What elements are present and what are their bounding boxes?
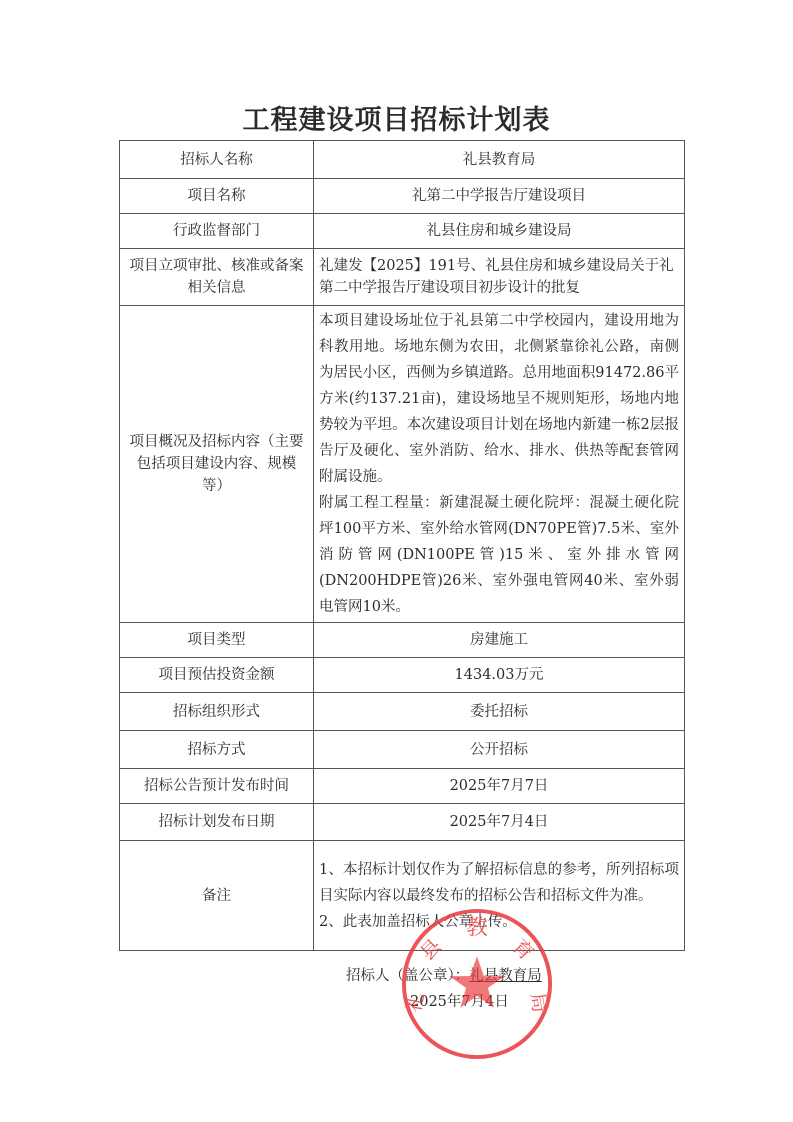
table-row: 行政监督部门 礼县住房和城乡建设局 [120,214,685,249]
table-row: 项目立项审批、核准或备案相关信息 礼建发【2025】191号、礼县住房和城乡建设… [120,249,685,306]
signature-line: 招标人（盖公章）：礼县教育局 [346,964,542,985]
table-row: 备注 1、本招标计划仅作为了解招标信息的参考，所列招标项目实际内容以最终发布的招… [120,841,685,951]
remark-paragraph: 1、本招标计划仅作为了解招标信息的参考，所列招标项目实际内容以最终发布的招标公告… [319,857,679,909]
row-label: 招标公告预计发布时间 [120,769,314,804]
row-label: 项目类型 [120,623,314,658]
table-row: 招标组织形式 委托招标 [120,693,685,731]
row-value: 委托招标 [314,693,685,731]
row-value: 礼县住房和城乡建设局 [314,214,685,249]
table-row: 项目预估投资金额 1434.03万元 [120,658,685,693]
row-label: 招标组织形式 [120,693,314,731]
table-row: 招标人名称 礼县教育局 [120,141,685,179]
row-value: 1、本招标计划仅作为了解招标信息的参考，所列招标项目实际内容以最终发布的招标公告… [314,841,685,951]
row-value: 礼第二中学报告厅建设项目 [314,179,685,214]
row-value: 2025年7月7日 [314,769,685,804]
seal-char: 局 [526,991,552,1014]
row-value: 礼建发【2025】191号、礼县住房和城乡建设局关于礼第二中学报告厅建设项目初步… [314,249,685,306]
row-value: 礼县教育局 [314,141,685,179]
row-label: 项目立项审批、核准或备案相关信息 [120,249,314,306]
signature-org: 礼县教育局 [469,968,542,984]
row-label: 项目名称 [120,179,314,214]
row-value: 公开招标 [314,731,685,769]
table-row: 招标方式 公开招标 [120,731,685,769]
overview-paragraph: 附属工程工程量：新建混凝土硬化院坪：混凝土硬化院坪100平方米、室外给水管网(D… [319,490,679,620]
overview-paragraph: 本项目建设场址位于礼县第二中学校园内，建设用地为科教用地。场地东侧为农田，北侧紧… [319,308,679,490]
row-value: 房建施工 [314,623,685,658]
row-label: 招标人名称 [120,141,314,179]
signature-date: 2025年7月4日 [410,990,509,1011]
row-label: 招标方式 [120,731,314,769]
row-label: 行政监督部门 [120,214,314,249]
signature-label: 招标人（盖公章）： [346,968,469,984]
table-row: 招标公告预计发布时间 2025年7月7日 [120,769,685,804]
row-label: 备注 [120,841,314,951]
page-title: 工程建设项目招标计划表 [0,98,793,137]
remark-paragraph: 2、此表加盖招标人公章上传。 [319,909,679,935]
row-label: 项目概况及招标内容（主要包括项目建设内容、规模等） [120,306,314,623]
bid-plan-table: 招标人名称 礼县教育局 项目名称 礼第二中学报告厅建设项目 行政监督部门 礼县住… [119,140,685,951]
table-row: 项目概况及招标内容（主要包括项目建设内容、规模等） 本项目建设场址位于礼县第二中… [120,306,685,623]
row-value: 本项目建设场址位于礼县第二中学校园内，建设用地为科教用地。场地东侧为农田，北侧紧… [314,306,685,623]
table-row: 招标计划发布日期 2025年7月4日 [120,804,685,841]
table-row: 项目类型 房建施工 [120,623,685,658]
row-label: 招标计划发布日期 [120,804,314,841]
row-label: 项目预估投资金额 [120,658,314,693]
table-row: 项目名称 礼第二中学报告厅建设项目 [120,179,685,214]
row-value: 2025年7月4日 [314,804,685,841]
row-value: 1434.03万元 [314,658,685,693]
